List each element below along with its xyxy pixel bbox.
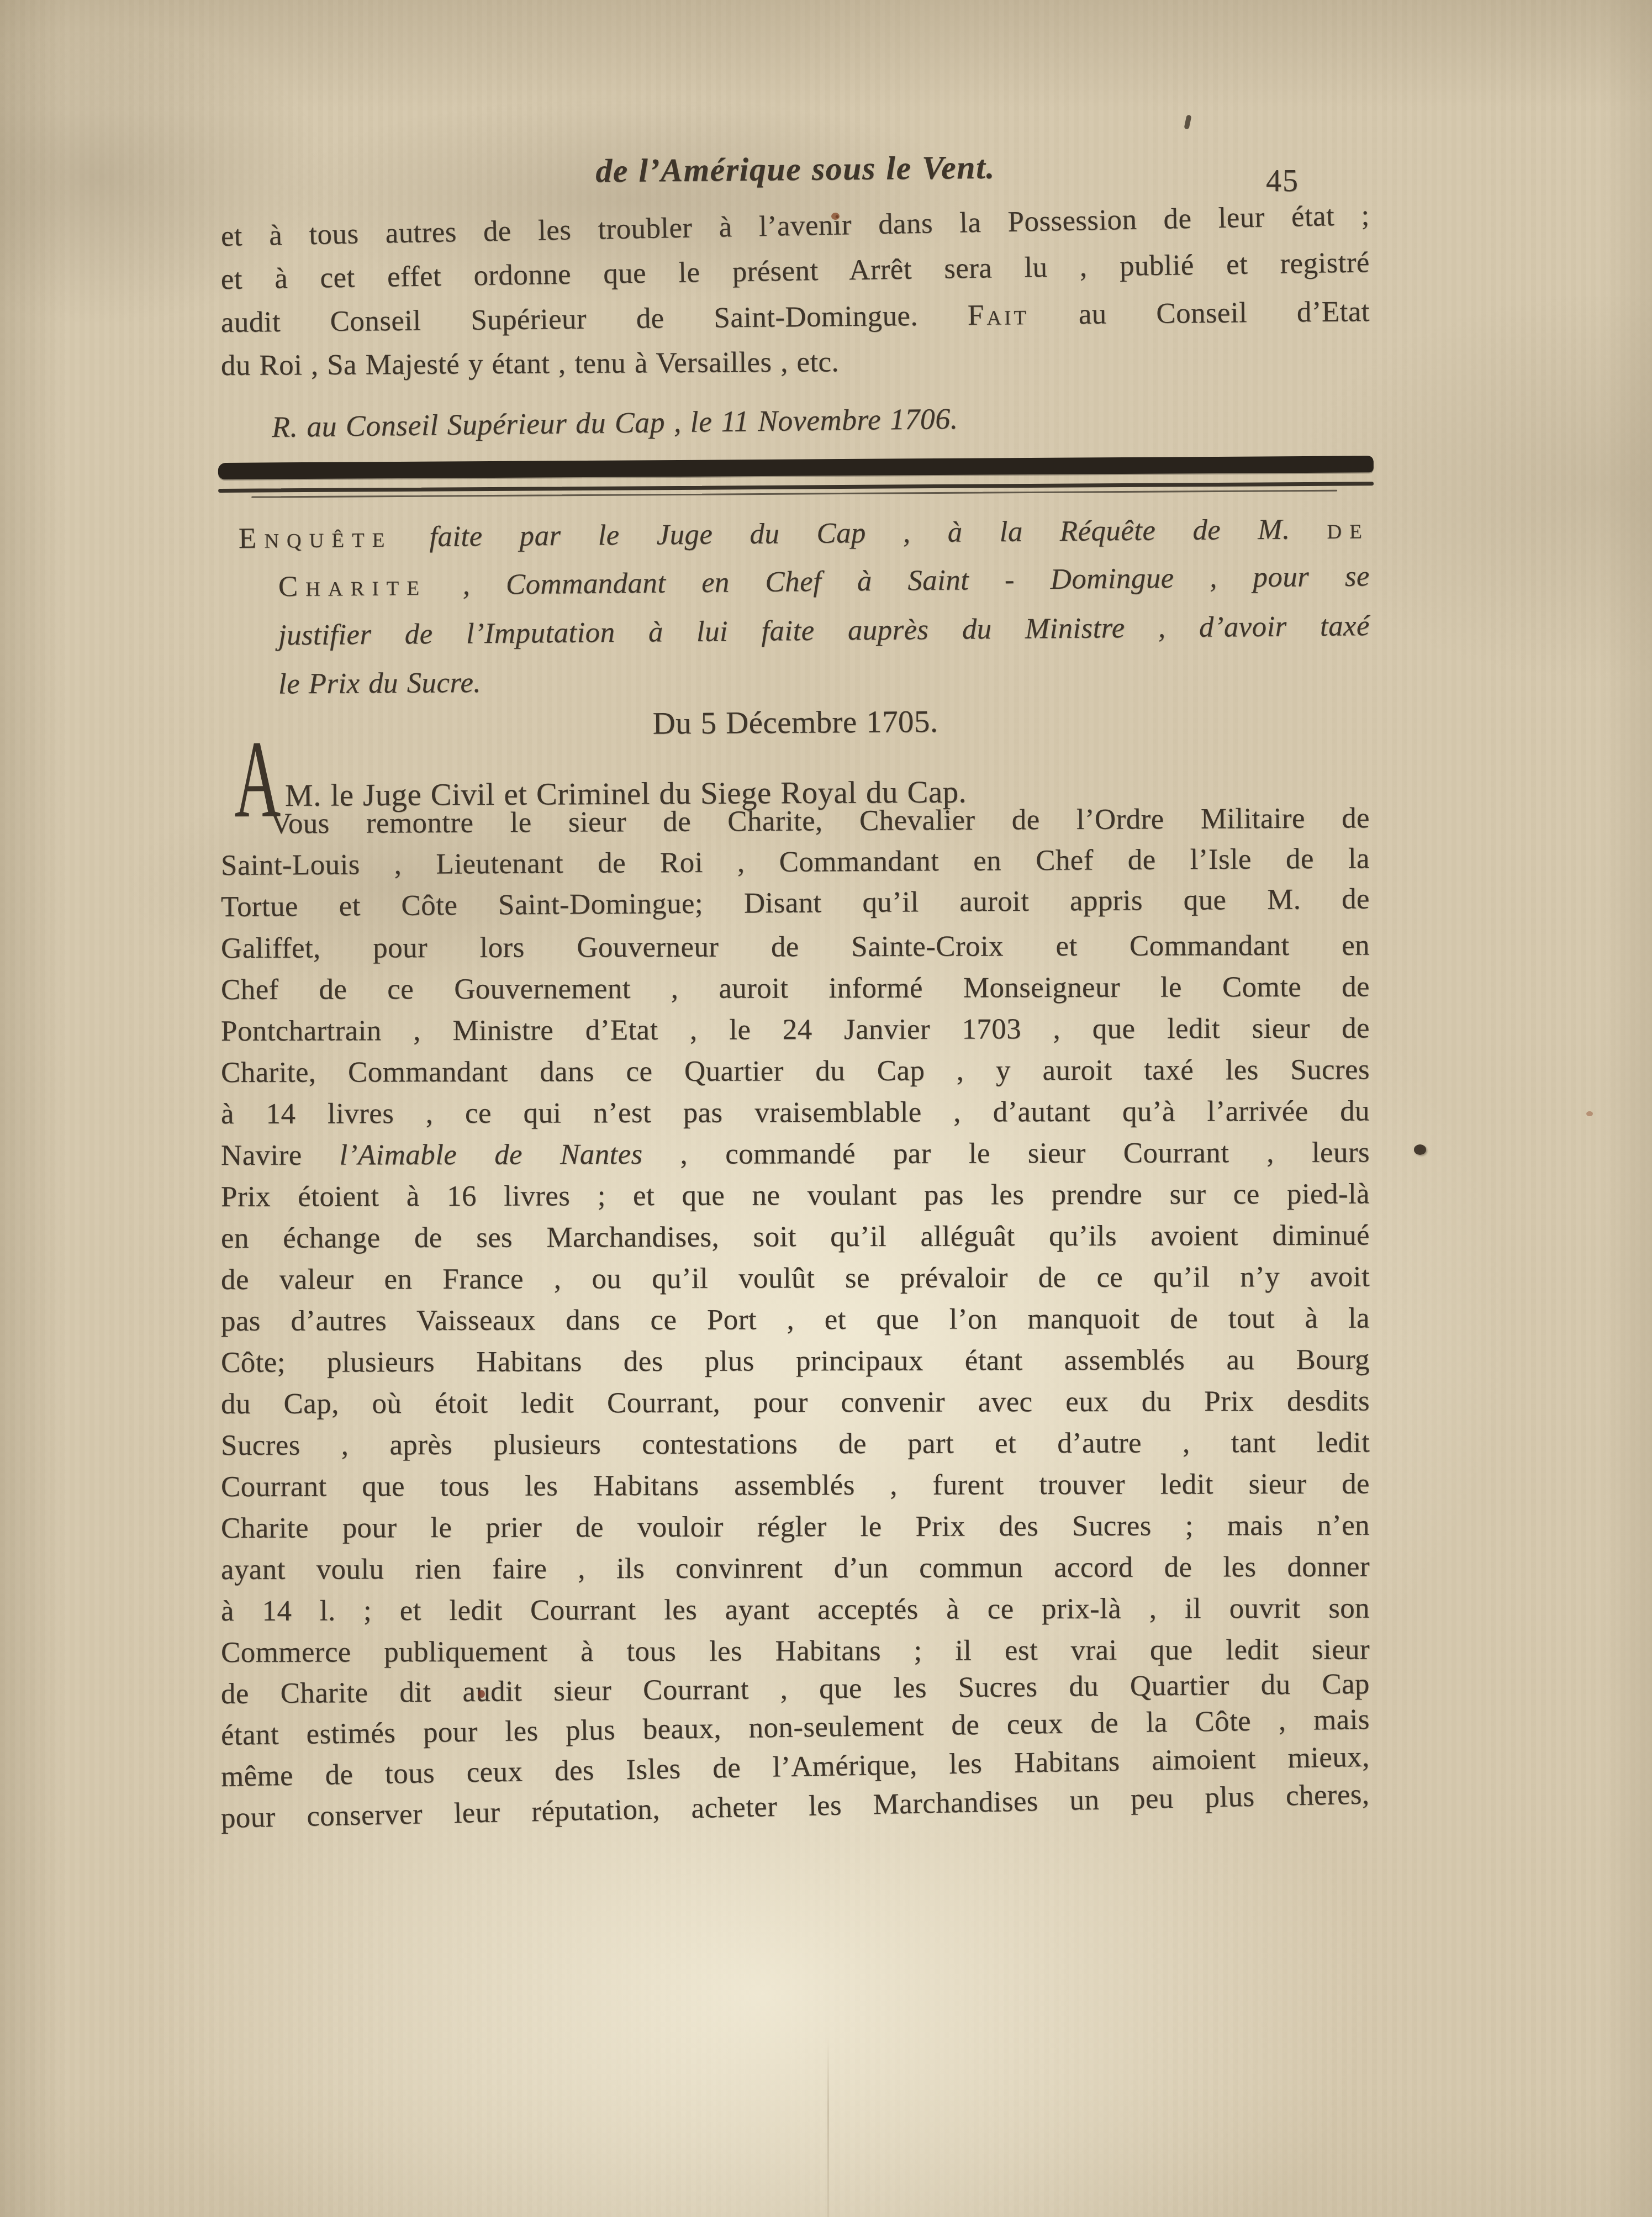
smallcaps-word: de — [1327, 513, 1370, 545]
text-line: en échange de ses Marchandises, soit qu’… — [221, 1219, 1370, 1263]
text-line: pas d’autres Vaisseaux dans ce Port , et… — [221, 1302, 1370, 1346]
page-number: 45 — [1266, 163, 1299, 199]
smallcaps-word: Enquête — [239, 521, 393, 555]
ship-name-italic: l’Aimable de Nantes — [339, 1138, 642, 1171]
registration-line: R. au Conseil Supérieur du Cap , le 11 N… — [272, 397, 1371, 444]
text-line: Courrant que tous les Habitans assemblés… — [221, 1468, 1370, 1512]
text-line: de valeur en France , ou qu’il voulût se… — [221, 1260, 1370, 1305]
heading-line: justifier de l’Imputation à lui faite au… — [239, 609, 1370, 668]
intro-paragraph: et à tous autres de les troubler à l’ave… — [221, 220, 1370, 392]
ink-speck — [1414, 1144, 1426, 1155]
enquete-heading: Enquête faite par le Juge du Cap , à la … — [239, 522, 1370, 716]
text-line: Pontchartrain , Ministre d’Etat , le 24 … — [221, 1012, 1370, 1056]
running-title: de l’Amérique sous le Vent. — [221, 145, 1370, 194]
text-segment: , commandé par le sieur Courrant , leurs — [642, 1137, 1370, 1170]
smallcaps-word: Fait — [967, 299, 1029, 331]
text-line: Charite pour le prier de vouloir régler … — [221, 1509, 1370, 1553]
smallcaps-word: Charite — [278, 569, 427, 603]
ink-speck — [831, 213, 840, 220]
stray-ink-mark — [1184, 114, 1191, 129]
ink-speck — [478, 1690, 485, 1698]
text-line: à 14 livres , ce qui n’est pas vraisembl… — [221, 1095, 1370, 1139]
text-line: ayant voulu rien faire , ils convinrent … — [221, 1550, 1370, 1595]
paper-crease — [827, 2038, 829, 2217]
text-line: Navire l’Aimable de Nantes , commandé pa… — [221, 1136, 1370, 1180]
divider-thick-bar — [218, 456, 1374, 479]
text-segment: au Conseil d’Etat — [1029, 295, 1370, 331]
text-segment: audit Conseil Supérieur de Saint-Domingu… — [221, 299, 968, 339]
text-line: Chef de ce Gouvernement , auroit informé… — [221, 970, 1370, 1015]
ink-speck — [1586, 1111, 1593, 1116]
text-segment: faite par le Juge du Cap , à la Réquête … — [392, 513, 1327, 553]
scanned-book-page: de l’Amérique sous le Vent. 45 et à tous… — [0, 0, 1652, 2217]
text-line: Sucres , après plusieurs contestations d… — [221, 1426, 1370, 1470]
page-header: de l’Amérique sous le Vent. 45 — [221, 156, 1370, 205]
text-line: du Roi , Sa Majesté y étant , tenu à Ver… — [221, 342, 1370, 392]
text-line: Galiffet, pour lors Gouverneur de Sainte… — [221, 929, 1370, 973]
text-line: à 14 l. ; et ledit Courrant les ayant ac… — [221, 1592, 1370, 1636]
text-line: du Cap, où étoit ledit Courrant, pour co… — [221, 1385, 1370, 1429]
date-line: Du 5 Décembre 1705. — [221, 700, 1370, 745]
section-divider-rule — [218, 456, 1374, 498]
body-paragraph: Vous remontre le sieur de Charite, Cheva… — [221, 807, 1370, 1843]
text-line: Vous remontre le sieur de Charite, Cheva… — [221, 801, 1370, 849]
text-line: Tortue et Côte Saint-Domingue; Disant qu… — [221, 882, 1370, 932]
text-line: Côte; plusieurs Habitans des plus princi… — [221, 1343, 1370, 1387]
text-segment: Navire — [221, 1139, 340, 1171]
text-line: Prix étoient à 16 livres ; et que ne vou… — [221, 1178, 1370, 1222]
text-line: Charite, Commandant dans ce Quartier du … — [221, 1053, 1370, 1097]
